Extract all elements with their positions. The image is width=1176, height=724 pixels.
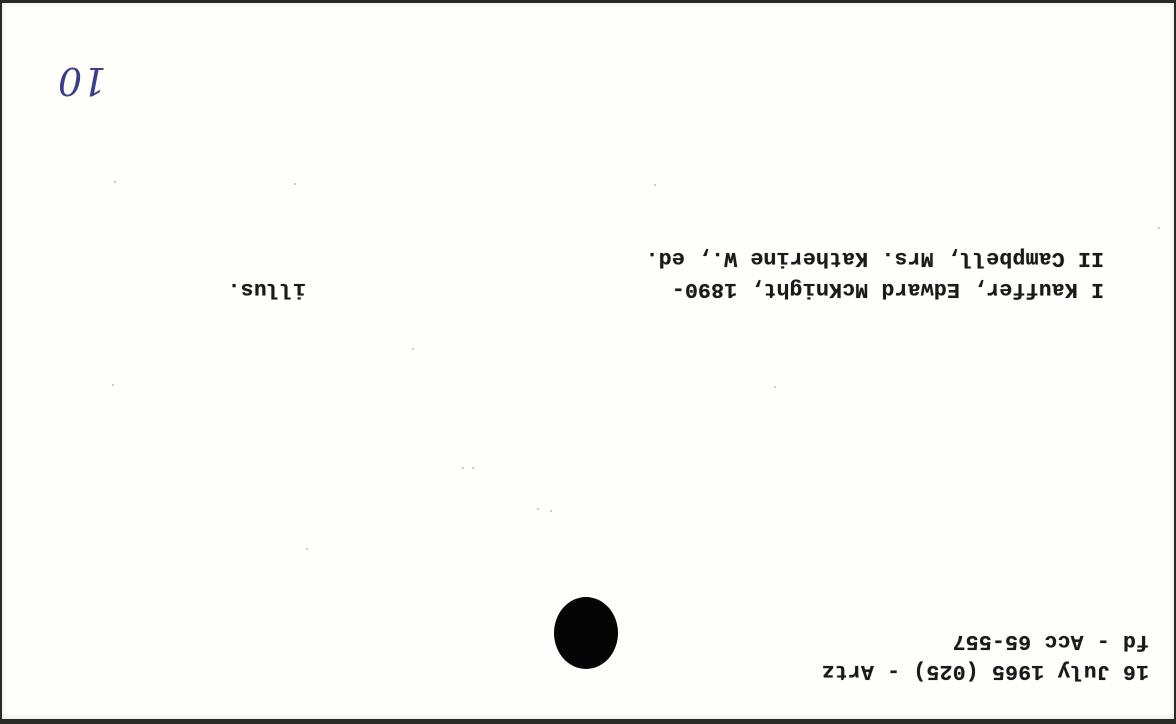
entry-2-text: Campbell, Mrs. Katherine W., ed. <box>645 246 1064 270</box>
speck <box>412 348 414 350</box>
speck <box>654 184 656 186</box>
entry-1-prefix: I <box>1091 277 1104 301</box>
rotated-card-content: 16 July 1965 (025) - Artz fd - Acc 65-55… <box>2 3 1174 719</box>
speck <box>537 508 539 510</box>
speck <box>294 183 296 185</box>
header-line-2: fd - Acc 65-557 <box>952 629 1149 653</box>
speck <box>112 384 114 386</box>
speck <box>462 467 464 469</box>
speck <box>472 467 474 469</box>
illustrations-note: illus. <box>227 277 306 301</box>
entry-1: I Kauffer, Edward McKnight, 1890- <box>672 277 1104 301</box>
catalog-card: 10 16 July 1965 (025) - Artz fd - Acc 65… <box>2 3 1174 719</box>
header-line-1: 16 July 1965 (025) - Artz <box>821 659 1149 683</box>
speck <box>1158 227 1160 229</box>
speck <box>114 181 116 183</box>
entry-2: II Campbell, Mrs. Katherine W., ed. <box>645 246 1104 270</box>
entry-2-prefix: II <box>1078 246 1104 270</box>
speck <box>306 548 308 550</box>
entry-1-text: Kauffer, Edward McKnight, 1890- <box>672 277 1078 301</box>
speck <box>774 386 776 388</box>
speck <box>550 510 552 512</box>
